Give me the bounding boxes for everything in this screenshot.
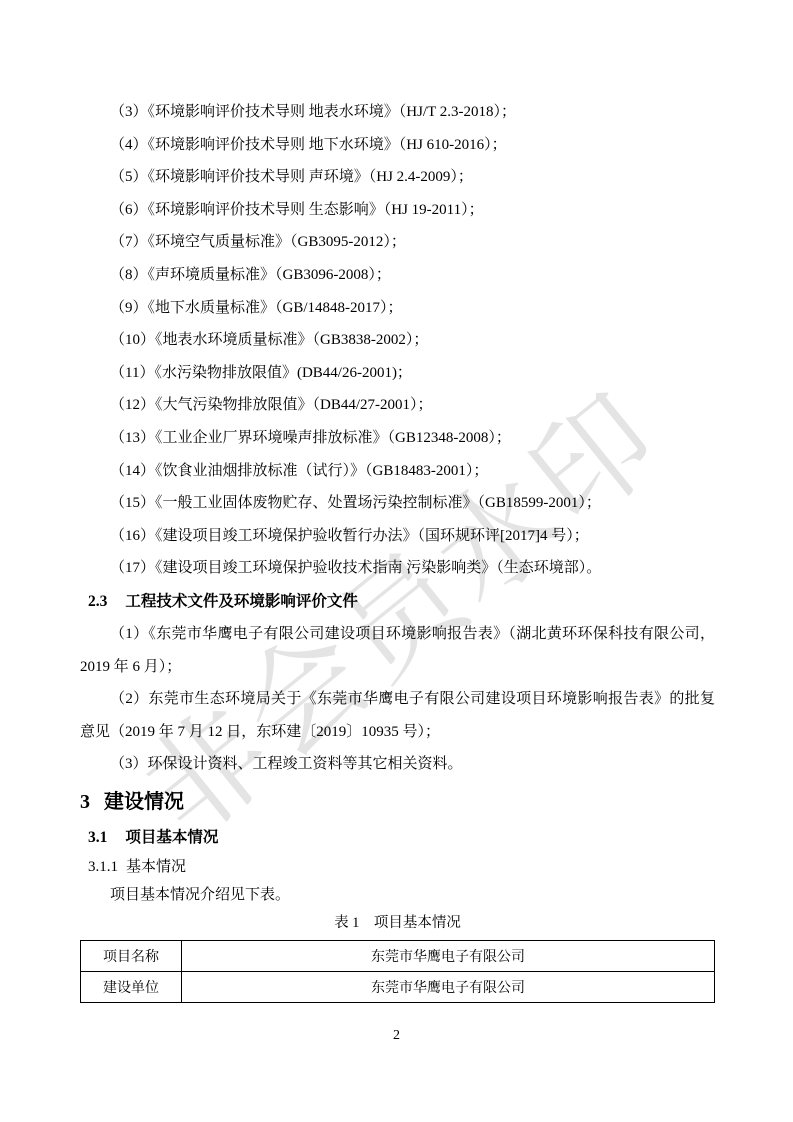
reference-item: （4）《环境影响评价技术导则 地下水环境》（HJ 610-2016）； [80,129,715,162]
reference-item: （5）《环境影响评价技术导则 声环境》（HJ 2.4-2009）； [80,161,715,194]
table-1-caption: 表 1 项目基本情况 [80,910,715,936]
section-number: 2.3 [88,593,107,610]
section-title: 项目基本情况 [125,829,218,846]
section-2-3-body: （1）《东莞市华鹰电子有限公司建设项目环境影响报告表》（湖北黄环环保科技有限公司… [80,618,715,781]
section-3-1-heading: 3.1项目基本情况 [80,823,715,853]
reference-item: （11）《水污染物排放限值》(DB44/26-2001)； [80,357,715,390]
section-number: 3.1 [88,829,107,846]
row-value: 东莞市华鹰电子有限公司 [182,971,715,1002]
reference-item: （3）《环境影响评价技术导则 地表水环境》（HJ/T 2.3-2018）； [80,96,715,129]
section-title: 工程技术文件及环境影响评价文件 [125,593,358,610]
document-page: 非会员水印 （3）《环境影响评价技术导则 地表水环境》（HJ/T 2.3-201… [0,0,793,1122]
reference-item: （12）《大气污染物排放限值》（DB44/27-2001）； [80,389,715,422]
reference-item: （16）《建设项目竣工环境保护验收暂行办法》（国环规环评[2017]4 号）； [80,520,715,553]
section-number: 3 [80,791,90,813]
table-row: 建设单位 东莞市华鹰电子有限公司 [81,971,715,1002]
project-basic-info-table: 项目名称 东莞市华鹰电子有限公司 建设单位 东莞市华鹰电子有限公司 [80,940,715,1003]
table-row: 项目名称 东莞市华鹰电子有限公司 [81,940,715,971]
paragraph: （1）《东莞市华鹰电子有限公司建设项目环境影响报告表》（湖北黄环环保科技有限公司… [80,618,715,683]
reference-item: （10）《地表水环境质量标准》（GB3838-2002）； [80,324,715,357]
row-label: 建设单位 [81,971,182,1002]
section-3-heading: 3建设情况 [80,785,715,819]
section-title: 建设情况 [104,791,184,813]
paragraph: （3）环保设计资料、工程竣工资料等其它相关资料。 [80,748,715,781]
paragraph: （2）东莞市生态环境局关于《东莞市华鹰电子有限公司建设项目环境影响报告表》的批复… [80,683,715,748]
page-content: （3）《环境影响评价技术导则 地表水环境》（HJ/T 2.3-2018）； （4… [0,0,793,1003]
page-number: 2 [0,1028,793,1044]
reference-item: （14）《饮食业油烟排放标准（试行）》（GB18483-2001）； [80,455,715,488]
reference-item: （6）《环境影响评价技术导则 生态影响》（HJ 19-2011）； [80,194,715,227]
section-3-1-1-heading: 3.1.1基本情况 [80,853,715,881]
table-intro-text: 项目基本情况介绍见下表。 [80,881,715,909]
reference-item: （15）《一般工业固体废物贮存、处置场污染控制标准》（GB18599-2001）… [80,487,715,520]
reference-item: （7）《环境空气质量标准》（GB3095-2012）； [80,226,715,259]
section-2-3-heading: 2.3工程技术文件及环境影响评价文件 [80,585,715,618]
row-value: 东莞市华鹰电子有限公司 [182,940,715,971]
reference-list: （3）《环境影响评价技术导则 地表水环境》（HJ/T 2.3-2018）； （4… [80,96,715,585]
reference-item: （8）《声环境质量标准》（GB3096-2008）； [80,259,715,292]
reference-item: （17）《建设项目竣工环境保护验收技术指南 污染影响类》（生态环境部）。 [80,552,715,585]
section-number: 3.1.1 [88,859,118,875]
row-label: 项目名称 [81,940,182,971]
reference-item: （13）《工业企业厂界环境噪声排放标准》（GB12348-2008）； [80,422,715,455]
section-title: 基本情况 [126,859,186,875]
reference-item: （9）《地下水质量标准》（GB/14848-2017）； [80,292,715,325]
